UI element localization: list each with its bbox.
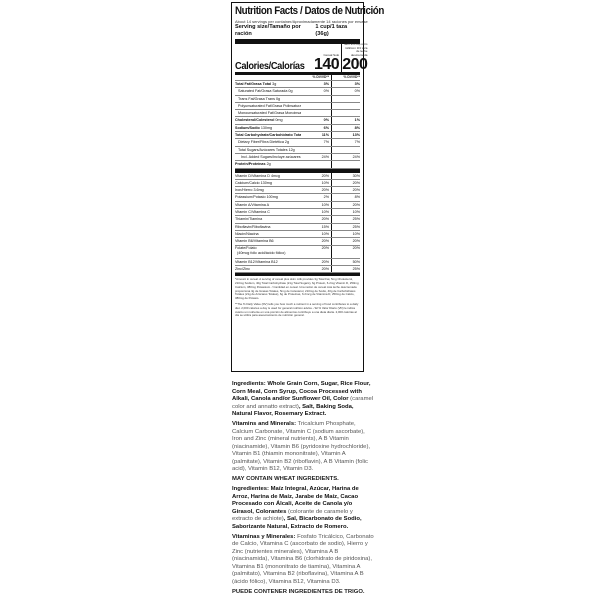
dv-col1: 2% [301,194,332,200]
nutrient-row: Protein/Proteínas 2g [235,161,360,168]
dv-col1: 20% [301,259,332,265]
vitamin-row: Folate/Folato (40mcg folic acid/ácido fó… [235,246,360,259]
vitamins-minerals-english: Vitamins and Minerals: Tricalcium Phosph… [232,421,374,474]
row-label: Calcium/Calcio 130mg [235,180,301,186]
vitaminas-heading: Vitaminas y Minerales: [232,534,295,540]
footnote-amount: *Amount in cereal. A serving of cereal p… [235,278,360,301]
row-label: Folate/Folato (40mcg folic acid/ácido fó… [235,246,301,258]
dv-col1: 24% [301,154,332,160]
dv-col2 [332,110,360,116]
dv-col2: 7% [332,139,360,145]
row-label: Iron/Hierro 3.6mg [235,187,301,193]
serving-size-value: 1 cup/1 taza (36g) [315,24,360,38]
dv-col1: 20% [301,246,332,258]
dv-col2: 25% [332,266,360,272]
dv-col2: 10% [332,209,360,215]
nutrient-row: Incl. Added Sugars/Incluye azúcares añad… [235,154,360,161]
row-label: Trans Fat/Grasa Trans 0g [235,96,301,102]
dv-col1: 10% [301,202,332,208]
dv-col2: 8% [332,194,360,200]
footnotes: *Amount in cereal. A serving of cereal p… [235,276,360,318]
calories-value-col2: 200 [342,57,367,72]
dv-col2: 3% [332,81,360,87]
dv-col1: 15% [301,224,332,230]
vitamin-row: Vitamin C/Vitamina C10%10% [235,209,360,216]
row-label: Cholesterol/Colesterol 0mg [235,117,301,123]
row-label: Vitamin B12/Vitamina B12 [235,259,301,265]
row-label: Incl. Added Sugars/Incluye azúcares añad… [235,154,301,160]
row-label: Saturated Fat/Grasa Saturada 0g [235,88,301,94]
dv-col2 [332,147,360,153]
vitamin-row: Vitamin D/Vitamina D 4mcg20%30% [235,173,360,180]
row-label: Protein/Proteínas 2g [235,161,301,167]
dv-col2: 20% [332,238,360,244]
dv-header-col1: % DV/VD** [301,75,332,80]
vitamins-minerals-spanish: Vitaminas y Minerales: Fosfato Tricálcic… [232,534,374,587]
dv-col1 [301,161,332,167]
ingredients-spanish: Ingredientes: Maíz Integral, Azúcar, Har… [232,486,374,531]
dv-col2: 20% [332,187,360,193]
dv-col1: 20% [301,238,332,244]
row-label: Niacin/Niacina [235,231,301,237]
dv-col1: 20% [301,266,332,272]
row-label: Sodium/Sodio 130mg [235,125,301,131]
row-label: Vitamin B6/Vitamina B6 [235,238,301,244]
dv-col1: 10% [301,231,332,237]
nutrient-list: Total Fat/Grasa Total 3g3%3%Saturated Fa… [235,81,360,169]
vitamins-heading: Vitamins and Minerals: [232,421,296,427]
dv-col2: 25% [332,224,360,230]
label-title: Nutrition Facts / Datos de Nutrición [235,5,364,18]
dv-col1: 6% [301,125,332,131]
nutrient-row: Saturated Fat/Grasa Saturada 0g0%0% [235,88,360,95]
row-label: Riboflavin/Riboflavina [235,224,301,230]
nutrient-row: Total Sugars/Azúcares Totales 12g [235,147,360,154]
row-label: Dietary Fiber/Fibra Dietética 2g [235,139,301,145]
nutrition-facts-panel: Nutrition Facts / Datos de Nutrición Abo… [231,2,364,372]
vitamins-text: Tricalcium Phosphate, Calcium Carbonate,… [232,421,370,472]
vitamin-row: Calcium/Calcio 130mg10%20% [235,180,360,187]
dv-col1: 20% [301,216,332,222]
dv-col2 [332,161,360,167]
vitamin-list: Vitamin D/Vitamina D 4mcg20%30%Calcium/C… [235,173,360,274]
serving-size-row: Serving size/Tamaño por ración 1 cup/1 t… [235,24,360,38]
row-label: Potassium/Potasio 100mg [235,194,301,200]
row-label: Vitamin A/Vitamina A [235,202,301,208]
calories-label: Calories/Calorías [235,44,305,72]
dv-col2: 50% [332,259,360,265]
nutrient-row: Sodium/Sodio 130mg6%8% [235,125,360,132]
vitamin-row: Vitamin A/Vitamina A10%20% [235,202,360,209]
vitamin-row: Riboflavin/Riboflavina15%25% [235,224,360,231]
dv-col1: 20% [301,187,332,193]
dv-col2: 24% [332,154,360,160]
dv-col2: 20% [332,202,360,208]
calories-row: Calories/Calorías Cereal Solo 140 with 3… [235,44,360,75]
nutrient-row: Total Carbohydrate/Carbohidrato Total 31… [235,132,360,139]
ingredientes-heading: Ingredientes: [232,486,269,492]
dv-header-col2: % DV/VD** [332,75,360,80]
dv-col1: 0% [301,88,332,94]
calories-value-col1: 140 [314,57,339,72]
row-label: Polyunsaturated Fat/Grasa Polinsaturada … [235,103,301,109]
serving-size-label: Serving size/Tamaño por ración [235,24,315,38]
row-label: Total Carbohydrate/Carbohidrato Total 31… [235,132,301,138]
nutrient-row: Dietary Fiber/Fibra Dietética 2g7%7% [235,139,360,146]
vitamin-row: Vitamin B6/Vitamina B620%20% [235,238,360,245]
row-label: Thiamin/Tiamina [235,216,301,222]
allergen-warning-english: MAY CONTAIN WHEAT INGREDIENTS. [232,476,374,484]
ingredients-english: Ingredients: Whole Grain Corn, Sugar, Ri… [232,381,374,419]
vitamin-row: Zinc/Zinc20%25% [235,266,360,273]
ingredients-section: Ingredients: Whole Grain Corn, Sugar, Ri… [232,381,374,599]
dv-col2: 20% [332,246,360,258]
nutrient-row: Polyunsaturated Fat/Grasa Polinsaturada … [235,103,360,110]
row-label: Zinc/Zinc [235,266,301,272]
dv-col2: 30% [332,173,360,179]
nutrient-row: Total Fat/Grasa Total 3g3%3% [235,81,360,88]
vitamin-row: Niacin/Niacina10%10% [235,231,360,238]
dv-col1 [301,103,332,109]
row-label: Total Sugars/Azúcares Totales 12g [235,147,301,153]
dv-col1 [301,96,332,102]
vitamin-row: Vitamin B12/Vitamina B1220%50% [235,259,360,266]
dv-col2: 1% [332,117,360,123]
row-label: Vitamin D/Vitamina D 4mcg [235,173,301,179]
calories-col2: with 3/4 cup skim milk/con 3/4 taza de l… [342,44,367,72]
row-label: Monounsaturated Fat/Grasa Monoinsaturada… [235,110,301,116]
vitamin-row: Potassium/Potasio 100mg2%8% [235,194,360,201]
dv-col2: 10% [332,231,360,237]
vitamin-row: Iron/Hierro 3.6mg20%20% [235,187,360,194]
calories-col1: Cereal Solo 140 [314,44,342,72]
dv-col2: 8% [332,125,360,131]
row-label: Total Fat/Grasa Total 3g [235,81,301,87]
dv-col1 [301,110,332,116]
dv-col2: 13% [332,132,360,138]
row-label: Vitamin C/Vitamina C [235,209,301,215]
vitaminas-text: Fosfato Tricálcico, Carbonato de Calcio,… [232,534,374,585]
footnote-daily-value: **The % Daily Value (DV) tells you how m… [235,303,360,318]
dv-col1: 10% [301,180,332,186]
dv-col2 [332,96,360,102]
allergen-warning-spanish: PUEDE CONTENER INGREDIENTES DE TRIGO. [232,589,374,597]
vitamin-row: Thiamin/Tiamina20%25% [235,216,360,223]
dv-col1 [301,147,332,153]
dv-col1: 11% [301,132,332,138]
dv-col2 [332,103,360,109]
ingredients-heading: Ingredients: [232,381,266,387]
nutrient-row: Trans Fat/Grasa Trans 0g [235,96,360,103]
nutrient-row: Cholesterol/Colesterol 0mg0%1% [235,117,360,124]
dv-col2: 0% [332,88,360,94]
dv-col1: 10% [301,209,332,215]
nutrient-row: Monounsaturated Fat/Grasa Monoinsaturada… [235,110,360,117]
dv-col2: 25% [332,216,360,222]
dv-col2: 20% [332,180,360,186]
dv-col1: 3% [301,81,332,87]
dv-col1: 0% [301,117,332,123]
col2-header: with 3/4 cup skim milk/con 3/4 taza de l… [342,43,367,57]
dv-col1: 7% [301,139,332,145]
dv-col1: 20% [301,173,332,179]
